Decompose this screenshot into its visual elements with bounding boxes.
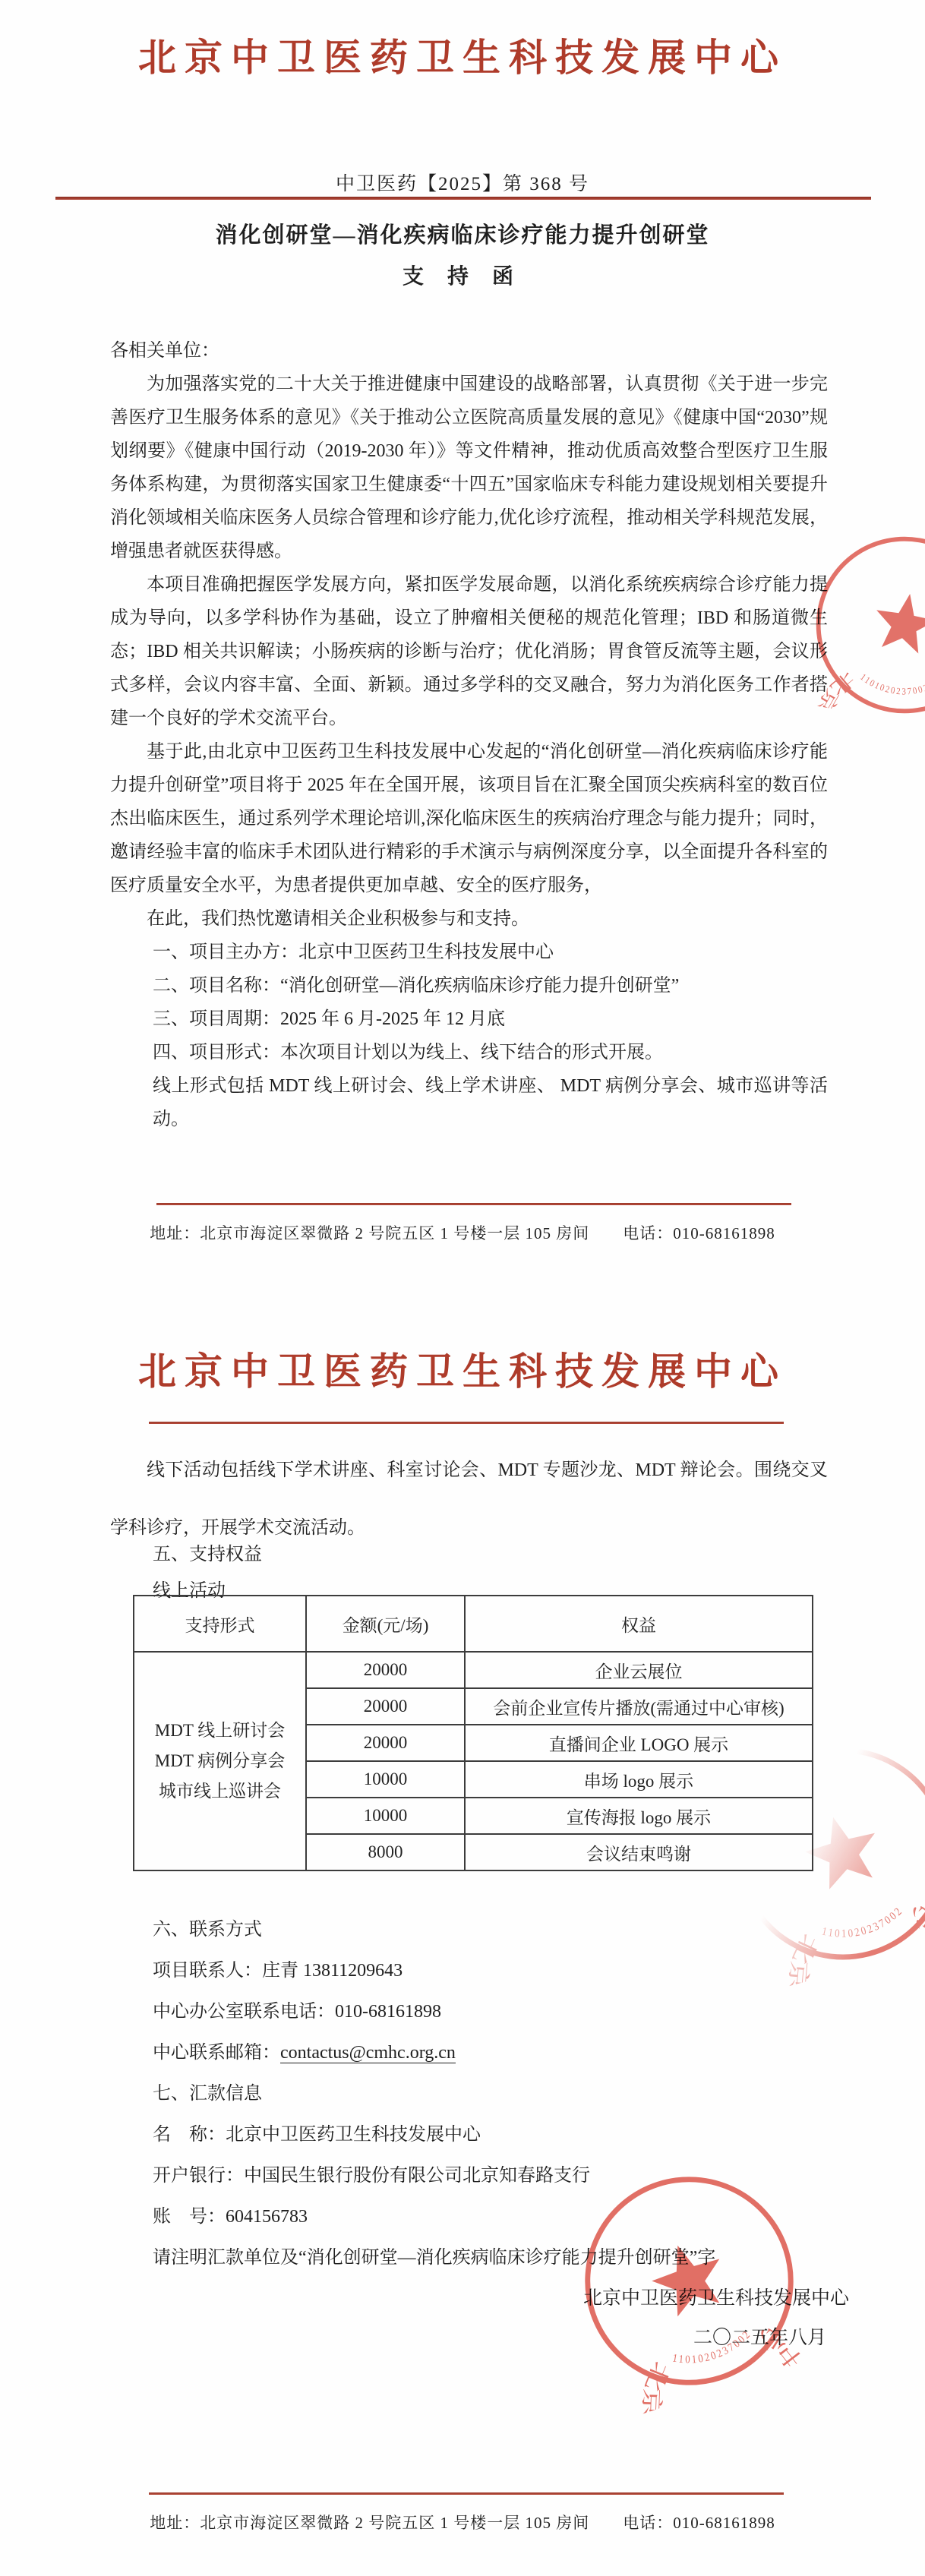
- svg-text:1101020237002: 1101020237002: [818, 1903, 909, 1949]
- office-phone-line: 中心办公室联系电话：010-68161898: [110, 1991, 828, 2032]
- support-letter-document: 北京中卫医药卫生科技发展中心 中卫医药【2025】第 368 号 消化创研堂—消…: [0, 0, 925, 2576]
- letterhead-divider: [55, 197, 871, 200]
- online-format-note: 线上形式包括 MDT 线上研讨会、线上学术讲座、 MDT 病例分享会、城市巡讲等…: [110, 1069, 828, 1136]
- remit-note-line: 请注明汇款单位及“消化创研堂—消化疾病临床诊疗能力提升创研堂”字: [110, 2237, 828, 2278]
- email-address-link[interactable]: contactus@cmhc.org.cn: [280, 2043, 456, 2063]
- benefit-cell: 宣传海报 logo 展示: [465, 1798, 813, 1834]
- paragraph-project-scope: 基于此,由北京中卫医药卫生科技发展中心发起的“消化创研堂—消化疾病临床诊疗能力提…: [110, 735, 828, 902]
- amount-cell: 8000: [306, 1834, 465, 1870]
- benefit-cell: 直播间企业 LOGO 展示: [465, 1725, 813, 1761]
- seal-star-icon: [870, 589, 925, 655]
- benefit-cell: 会前企业宣传片播放(需通过中心审核): [465, 1688, 813, 1725]
- signature-org: 北京中卫医药卫生科技发展中心: [583, 2283, 849, 2310]
- section-support-rights: 五、支持权益: [110, 1539, 828, 1565]
- footer-divider: [149, 2492, 784, 2495]
- support-form-1: MDT 线上研讨会: [139, 1716, 301, 1746]
- account-number-line: 账 号：604156783: [110, 2196, 828, 2237]
- salutation: 各相关单位：: [110, 334, 828, 368]
- item-organizer: 一、项目主办方：北京中卫医药卫生科技发展中心: [110, 936, 828, 969]
- doc-number: 中卫医药【2025】第 368 号: [0, 169, 925, 196]
- amount-cell: 10000: [306, 1798, 465, 1834]
- bank-line: 开户银行：中国民生银行股份有限公司北京知春路支行: [110, 2155, 828, 2196]
- item-project-format: 四、项目形式：本次项目计划以为线上、线下结合的形式开展。: [110, 1036, 828, 1069]
- footer-divider: [156, 1203, 791, 1205]
- header-benefit: 权益: [465, 1596, 813, 1652]
- svg-text:1101020237002: 1101020237002: [857, 670, 925, 702]
- table-row: MDT 线上研讨会 MDT 病例分享会 城市线上巡讲会 20000 企业云展位: [134, 1652, 813, 1688]
- paragraph-project-intro: 本项目准确把握医学发展方向，紧扣医学发展命题，以消化系统疾病综合诊疗能力提成为导…: [110, 568, 828, 735]
- benefit-cell: 企业云展位: [465, 1652, 813, 1688]
- letter-type-title: 支 持 函: [0, 260, 925, 290]
- signature-date: 二〇二五年八月: [693, 2322, 826, 2350]
- header-support-form: 支持形式: [134, 1596, 306, 1652]
- support-benefit-table: 支持形式 金额(元/场) 权益 MDT 线上研讨会 MDT 病例分享会 城市线上…: [133, 1595, 813, 1871]
- paragraph-policy: 为加强落实党的二十大关于推进健康中国建设的战略部署，认真贯彻《关于进一步完善医疗…: [110, 368, 828, 568]
- letterhead-org-title: 北京中卫医药卫生科技发展中心: [0, 1341, 925, 1396]
- footer-address-phone: 地址：北京市海淀区翠微路 2 号院五区 1 号楼一层 105 房间 电话：010…: [0, 2511, 925, 2533]
- seal-number-text: 1101020237002: [857, 670, 925, 702]
- section-contact: 六、联系方式: [110, 1909, 828, 1950]
- email-label: 中心联系邮箱：: [153, 2043, 280, 2063]
- page-2: 北京中卫医药卫生科技发展中心 线下活动包括线下学术讲座、科室讨论会、MDT 专题…: [0, 1288, 925, 2576]
- letterhead-divider: [149, 1422, 784, 1424]
- contact-and-remit-info: 六、联系方式 项目联系人：庄青 13811209643 中心办公室联系电话：01…: [110, 1909, 828, 2278]
- paragraph-invitation: 在此，我们热忱邀请相关企业积极参与和支持。: [110, 902, 828, 936]
- project-title: 消化创研堂—消化疾病临床诊疗能力提升创研堂: [0, 218, 925, 249]
- amount-cell: 10000: [306, 1761, 465, 1798]
- benefit-cell: 串场 logo 展示: [465, 1761, 813, 1798]
- seal-number-text: 1101020237002: [818, 1903, 909, 1949]
- support-form-2: MDT 病例分享会: [139, 1746, 301, 1776]
- contact-person-line: 项目联系人：庄青 13811209643: [110, 1950, 828, 1991]
- benefit-cell: 会议结束鸣谢: [465, 1834, 813, 1870]
- account-name-line: 名 称：北京中卫医药卫生科技发展中心: [110, 2114, 828, 2155]
- letterhead-org-title: 北京中卫医药卫生科技发展中心: [0, 27, 925, 82]
- item-project-name: 二、项目名称：“消化创研堂—消化疾病临床诊疗能力提升创研堂”: [110, 969, 828, 1002]
- table-header-row: 支持形式 金额(元/场) 权益: [134, 1596, 813, 1652]
- footer-address-phone: 地址：北京市海淀区翠微路 2 号院五区 1 号楼一层 105 房间 电话：010…: [0, 1221, 925, 1244]
- section-remittance: 七、汇款信息: [110, 2073, 828, 2114]
- header-amount: 金额(元/场): [306, 1596, 465, 1652]
- page-1: 北京中卫医药卫生科技发展中心 中卫医药【2025】第 368 号 消化创研堂—消…: [0, 0, 925, 1288]
- amount-cell: 20000: [306, 1652, 465, 1688]
- support-form-cell: MDT 线上研讨会 MDT 病例分享会 城市线上巡讲会: [134, 1652, 306, 1870]
- letter-body: 各相关单位： 为加强落实党的二十大关于推进健康中国建设的战略部署，认真贯彻《关于…: [110, 334, 828, 1136]
- email-line: 中心联系邮箱：contactus@cmhc.org.cn: [110, 2032, 828, 2073]
- support-form-3: 城市线上巡讲会: [139, 1776, 301, 1807]
- amount-cell: 20000: [306, 1725, 465, 1761]
- item-project-period: 三、项目周期：2025 年 6 月-2025 年 12 月底: [110, 1002, 828, 1036]
- amount-cell: 20000: [306, 1688, 465, 1725]
